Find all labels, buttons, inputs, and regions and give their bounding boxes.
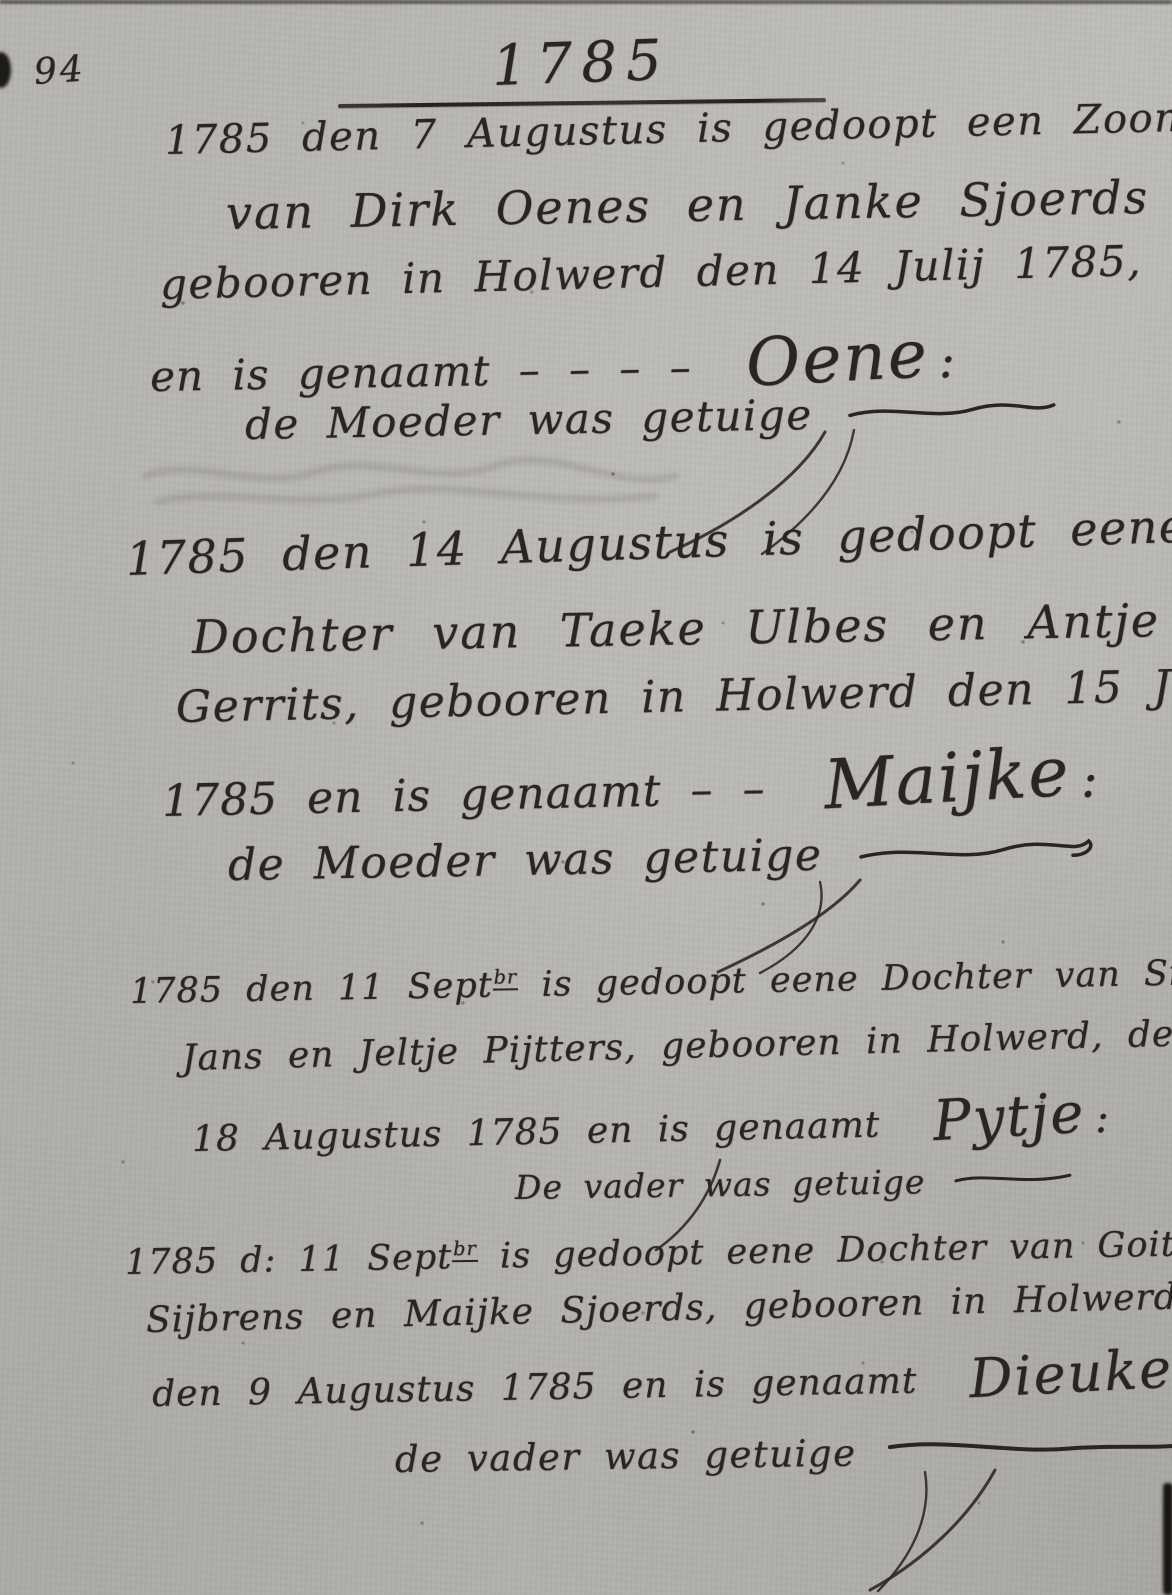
entry3-name-colon: :: [1094, 1093, 1110, 1142]
pen-flourish: [847, 397, 1057, 427]
entry3-line2: Jans en Jeltje Pijtters, gebooren in Hol…: [181, 1013, 1172, 1079]
paper-specks: [0, 0, 2, 2]
entry1-line1: 1785 den 7 Augustus is gedoopt een Zoon: [164, 95, 1172, 164]
scan-shadow-bottom-right: [1163, 1483, 1172, 1595]
entry2-naming-line: 1785 en is genaamt – – Maijke:: [161, 734, 1099, 833]
entry3-line1-start: 1785 den 11 Sept: [130, 966, 493, 1012]
entry1-line2: van Dirk Oenes en Janke Sjoerds: [226, 170, 1150, 240]
entry2-line2: Dochter van Taeke Ulbes en Antje: [192, 593, 1161, 664]
entry2-witness-line: de Moeder was getuige: [228, 825, 1100, 891]
entry4-naming-line: den 9 Augustus 1785 en is genaamt Dieuke…: [151, 1338, 1172, 1419]
entry4-naming-prefix: den 9 Augustus 1785 en is genaamt: [152, 1361, 918, 1415]
entry3-line1-superscript: br: [492, 966, 518, 991]
entry3-line1: 1785 den 11 Septbr is gedoopt eene Docht…: [130, 953, 1172, 1012]
entry2-line3: Gerrits, gebooren in Holwerd den 15 July: [175, 660, 1172, 733]
pen-descender: [810, 1468, 1020, 1595]
entry1-name-colon: :: [938, 333, 956, 389]
entry2-naming-prefix: 1785 en is genaamt – –: [162, 763, 766, 827]
year-heading: 1785: [491, 28, 672, 99]
entry4-witness: de vader was getuige: [395, 1432, 857, 1481]
baptism-register-scan: 94 1785 1785 den 7 Augustus is gedoopt e…: [0, 0, 1172, 1595]
entry4-child-name: Dieuke: [967, 1337, 1172, 1411]
entry3-line1-rest: is gedoopt eene Dochter van Sijbe: [541, 953, 1172, 1005]
entry4-line1-start: 1785 d: 11 Sept: [125, 1237, 453, 1283]
entry4-line2: Sijbrens en Maijke Sjoerds, gebooren in …: [146, 1277, 1172, 1341]
entry2-child-name: Maijke: [822, 733, 1072, 826]
page-number: 94: [33, 48, 88, 93]
entry3-naming-prefix: 18 Augustus 1785 en is genaamt: [192, 1105, 881, 1160]
entry1-line3: gebooren in Holwerd den 14 Julij 1785,: [159, 236, 1142, 309]
pen-flourish: [859, 834, 1099, 868]
entry3-child-name: Pytje: [931, 1081, 1087, 1154]
ink-bleed-through: [135, 448, 695, 518]
entry3-witness-line: De vader was getuige: [515, 1160, 1074, 1207]
entry4-line1-superscript: br: [452, 1237, 478, 1262]
scan-edge-top: [0, 0, 1172, 4]
pen-flourish: [954, 1167, 1074, 1191]
pen-flourish: [888, 1432, 1172, 1467]
entry4-line1-rest: is gedoopt eene Dochter van Goitsen: [500, 1224, 1172, 1277]
entry1-naming-prefix: en is genaamt – – – –: [150, 343, 692, 401]
entry4-witness-line: de vader was getuige: [395, 1427, 1172, 1481]
entry3-naming-line: 18 Augustus 1785 en is genaamt Pytje:: [191, 1081, 1110, 1165]
entry2-name-colon: :: [1080, 750, 1099, 808]
ink-blot-left-edge: [0, 52, 11, 88]
